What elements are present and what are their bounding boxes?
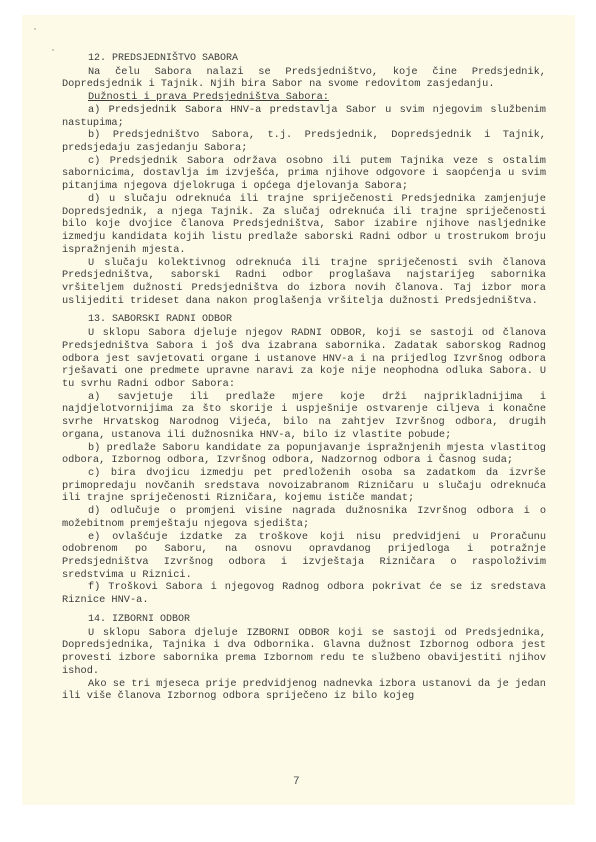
section-12-collective: U slučaju kolektivnog odreknuća ili traj… — [62, 257, 546, 308]
section-14-intro: U sklopu Sabora djeluje IZBORNI ODBOR ko… — [62, 627, 546, 678]
section-13-intro: U sklopu Sabora djeluje njegov RADNI ODB… — [62, 327, 546, 391]
section-12-duties-title: Dužnosti i prava Predsjedništva Sabora: — [62, 91, 546, 104]
section-12-item: d) u slučaju odreknuća ili trajne sprije… — [62, 193, 546, 257]
section-13-item: d) odlučuje o promjeni visine nagrada du… — [62, 505, 546, 530]
section-12-heading: 12. PREDSJEDNIŠTVO SABORA — [62, 53, 546, 66]
section-13-heading: 13. SABORSKI RADNI ODBOR — [62, 314, 546, 327]
section-12-intro: Na čelu Sabora nalazi se Predsjedništvo,… — [62, 66, 546, 91]
paper-speck — [34, 28, 36, 30]
section-13-item: e) ovlašćuje izdatke za troškove koji ni… — [62, 531, 546, 582]
section-14-heading: 14. IZBORNI ODBOR — [62, 614, 546, 627]
section-14-continuation: Ako se tri mjeseca prije predvidjenog na… — [62, 678, 546, 703]
section-12-item: a) Predsjednik Sabora HNV-a predstavlja … — [62, 104, 546, 129]
duties-title-text: Dužnosti i prava Predsjedništva Sabora: — [88, 91, 329, 103]
section-13-item: f) Troškovi Sabora i njegovog Radnog odb… — [62, 581, 546, 606]
section-13-item: c) bira dvojicu izmedju pet predloženih … — [62, 467, 546, 505]
section-12-item: c) Predsjednik Sabora održava osobno ili… — [62, 155, 546, 193]
page-number: 7 — [293, 776, 300, 788]
section-13-item: b) predlaže Saboru kandidate za popunjav… — [62, 442, 546, 467]
document-body: 12. PREDSJEDNIŠTVO SABORA Na čelu Sabora… — [62, 53, 546, 703]
paper-speck — [52, 49, 54, 51]
section-12-item: b) Predsjedništvo Sabora, t.j. Predsjedn… — [62, 129, 546, 154]
section-13-item: a) savjetuje ili predlaže mjere koje drž… — [62, 391, 546, 442]
